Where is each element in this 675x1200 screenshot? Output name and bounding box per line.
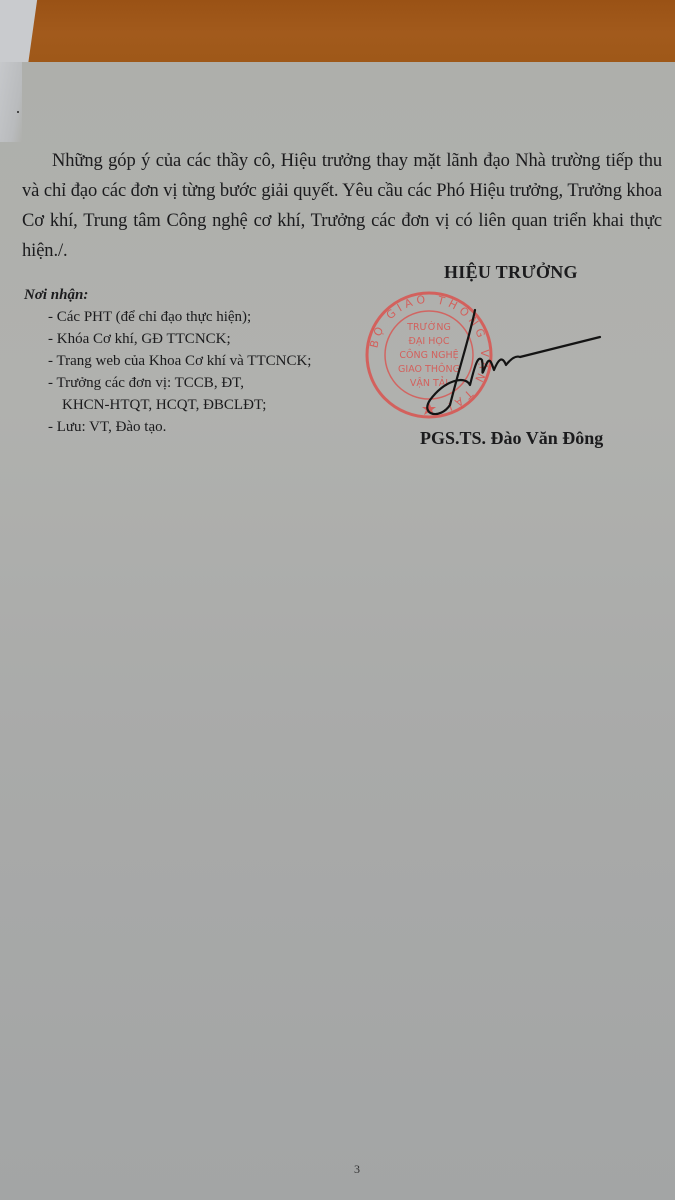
body-paragraph: Những góp ý của các thầy cô, Hiệu trưởng… xyxy=(22,146,662,266)
recipient-item-continuation: KHCN-HTQT, HCQT, ĐBCLĐT; xyxy=(24,394,344,416)
handwritten-signature-icon xyxy=(420,305,620,425)
recipients-block: Nơi nhận: - Các PHT (để chỉ đạo thực hiệ… xyxy=(24,284,344,438)
signer-name: PGS.TS. Đào Văn Đông xyxy=(420,428,603,449)
recipient-item: - Trang web của Khoa Cơ khí và TTCNCK; xyxy=(24,350,344,372)
desk-background xyxy=(0,0,675,66)
signature-title: HIỆU TRƯỞNG xyxy=(444,262,578,283)
recipient-item: - Trưởng các đơn vị: TCCB, ĐT, xyxy=(24,372,344,394)
recipient-item: - Các PHT (để chỉ đạo thực hiện); xyxy=(24,306,344,328)
ink-dot xyxy=(17,111,19,113)
page-number: 3 xyxy=(354,1162,360,1177)
recipient-item: - Lưu: VT, Đào tạo. xyxy=(24,416,344,438)
recipient-item: - Khóa Cơ khí, GĐ TTCNCK; xyxy=(24,328,344,350)
recipients-title: Nơi nhận: xyxy=(24,284,344,306)
page-fold-edge xyxy=(0,62,22,142)
